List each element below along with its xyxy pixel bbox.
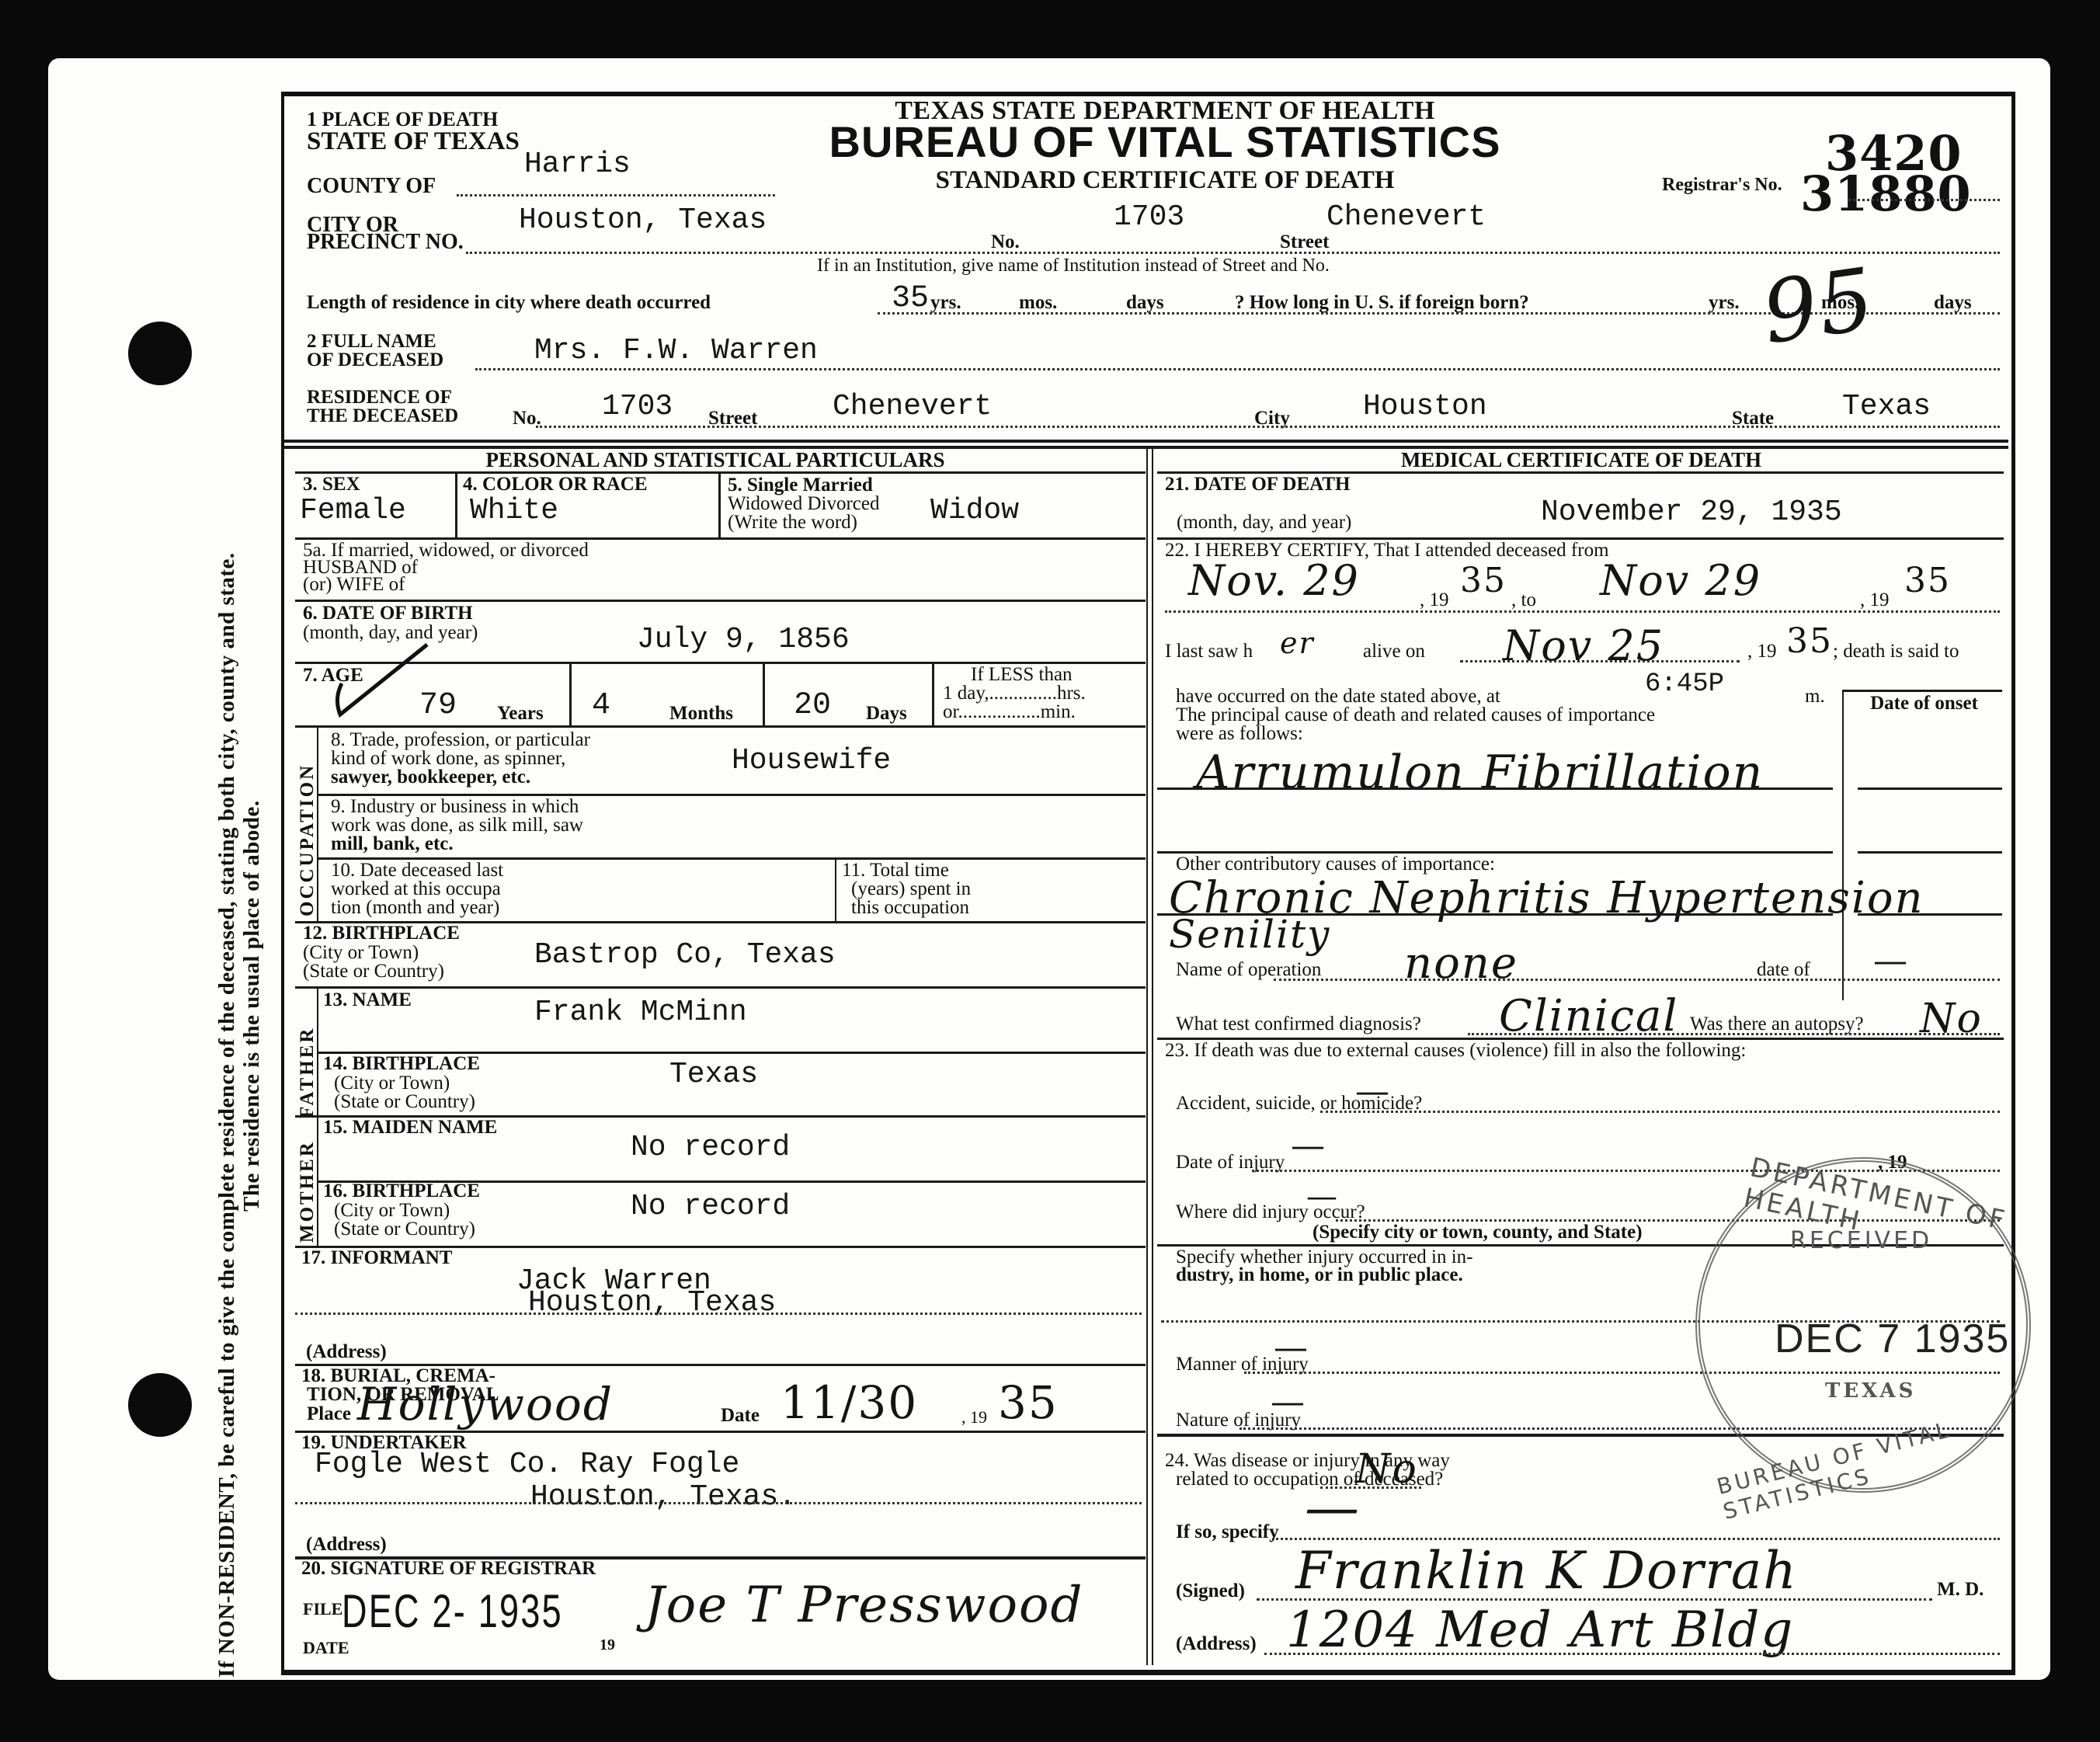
test-line (1468, 1033, 2000, 1035)
time-of-death-value: 6:45P (1645, 669, 1724, 699)
street-number-value: 1703 (1114, 200, 1184, 234)
occupation-side-label: OCCUPATION (297, 763, 318, 916)
deceased-name-value[interactable]: Mrs. F.W. Warren (534, 334, 818, 367)
attended-from-value: Nov. 29 (1188, 556, 1360, 605)
alive-year-prefix: , 19 (1747, 642, 1777, 661)
mos-label: mos. (1019, 294, 1057, 312)
last-worked-label-3: tion (month and year) (331, 898, 499, 917)
onset-rule-3 (1858, 913, 2002, 916)
days-label: Days (866, 704, 907, 723)
attended-to-value: Nov 29 (1600, 556, 1761, 605)
margin-handwriting: 95 (1757, 249, 1881, 363)
city-line (466, 252, 2000, 254)
residence-years-value: 35 (892, 281, 929, 316)
city-value: Houston, Texas (519, 203, 767, 237)
age-months-value: 4 (592, 688, 610, 723)
m-label: m. (1805, 687, 1825, 706)
burial-place-value: Hollywood (357, 1378, 614, 1431)
onset-rule-2 (1858, 851, 2002, 854)
trade-label-3: sawyer, bookkeeper, etc. (331, 767, 530, 787)
physician-signature: Franklin K Dorrah (1295, 1541, 1798, 1601)
contributory-label: Other contributory causes of importance: (1176, 854, 1495, 874)
signed-label: (Signed) (1176, 1581, 1245, 1601)
trade-value: Housewife (732, 744, 891, 777)
no-label: No. (991, 233, 1020, 252)
injury-where-value: — (1306, 1179, 1339, 1215)
street-label: Street (1280, 233, 1329, 252)
onset-rule-1 (1858, 788, 2002, 790)
onset-top-rule (1844, 690, 2002, 692)
onset-label: Date of onset (1848, 694, 2000, 713)
dod-label-1: 21. DATE OF DEATH (1165, 475, 1350, 494)
residence-label-1: RESIDENCE OF (307, 388, 452, 407)
operation-line (1274, 979, 2000, 981)
mother-name-label: 15. MAIDEN NAME (323, 1118, 497, 1137)
city-label-2: PRECINCT NO. (307, 233, 464, 252)
header-divider-1 (284, 440, 2008, 443)
marital-label-1: 5. Single Married (728, 475, 873, 495)
res-street-value: Chenevert (833, 390, 992, 423)
cause-rule-1 (1157, 788, 1833, 790)
institution-note: If in an Institution, give name of Insti… (817, 256, 1330, 276)
father-side-label: FATHER (297, 1027, 318, 1118)
age-divider-3 (932, 663, 934, 725)
injury-date-value: — (1291, 1126, 1326, 1166)
md-label: M. D. (1937, 1580, 1984, 1599)
contributory-value-2: Senility (1169, 912, 1330, 957)
date-label: DATE (303, 1639, 349, 1657)
industry-label-1: 9. Industry or business in which (331, 797, 579, 816)
last-saw-label: I last saw h (1165, 642, 1253, 661)
last-worked-label-2: worked at this occupa (331, 879, 501, 899)
alive-line (1460, 660, 1740, 662)
last-worked-label-1: 10. Date deceased last (331, 861, 503, 880)
autopsy-value: No (1920, 996, 1983, 1042)
race-label: 4. COLOR OR RACE (463, 475, 648, 494)
column-divider-b (1152, 449, 1153, 1665)
attended-line (1165, 610, 2000, 613)
onset-divider (1842, 690, 1844, 1000)
dod-value: November 29, 1935 (1541, 495, 1842, 529)
to-year-value: 35 (1904, 561, 1951, 600)
certificate-title: STANDARD CERTIFICATE OF DEATH (777, 166, 1553, 195)
state-of-texas-label: STATE OF TEXAS (307, 129, 520, 154)
from-year-prefix: , 19 (1420, 590, 1449, 610)
registrar-line (1848, 199, 2000, 201)
race-marital-divider (718, 474, 721, 537)
occupation-divider (835, 859, 836, 923)
marital-label-3: (Write the word) (728, 513, 857, 532)
father-bp-label-1: 14. BIRTHPLACE (323, 1055, 480, 1073)
burial-year-value: 35 (998, 1376, 1059, 1429)
trade-label-1: 8. Trade, profession, or particular (331, 730, 590, 749)
spouse-label-3: (or) WIFE of (303, 575, 405, 594)
residence-length-label: Length of residence in city where death … (307, 294, 711, 312)
marital-value: Widow (930, 494, 1019, 527)
sex-value: Female (300, 494, 406, 527)
registrar-number: 31880 (1800, 174, 1972, 214)
operation-date-value: — (1873, 941, 1909, 981)
nature-value: — (1271, 1382, 1306, 1422)
cause-label-2: were as follows: (1176, 724, 1303, 743)
to-year-prefix: , 19 (1860, 590, 1890, 610)
less-label-3: or.................min. (943, 702, 1076, 721)
mother-name-value: No record (631, 1131, 790, 1164)
file-date-19: 19 (600, 1636, 615, 1655)
checkmark-icon (326, 637, 435, 722)
sex-label: 3. SEX (303, 475, 360, 494)
yrs-label: yrs. (930, 294, 961, 312)
cause-label-1: The principal cause of death and related… (1176, 705, 1655, 725)
if-so-line (1272, 1538, 2000, 1540)
margin-note-line2: The residence is the usual place of abod… (239, 800, 265, 1212)
alive-year-value: 35 (1786, 621, 1833, 661)
birthplace-label-3: (State or Country) (303, 961, 444, 981)
death-said-label: ; death is said to (1833, 642, 1959, 661)
total-time-label-1: 11. Total time (842, 861, 949, 880)
personal-section-title: PERSONAL AND STATISTICAL PARTICULARS (284, 450, 1146, 469)
industry-label-3: mill, bank, etc. (331, 834, 454, 854)
autopsy-label: Was there an autopsy? (1690, 1014, 1864, 1034)
father-bp-label-2: (City or Town) (334, 1073, 450, 1093)
occurred-label: have occurred on the date stated above, … (1176, 687, 1500, 706)
rule-after-age (295, 725, 1146, 728)
accident-value: — (1355, 1072, 1391, 1111)
informant-line (295, 1313, 1142, 1315)
dod-label-2: (month, day, and year) (1177, 513, 1351, 532)
column-divider-a (1146, 449, 1148, 1665)
occupation-side-rule (317, 727, 318, 923)
operation-date-label: date of (1757, 960, 1810, 979)
operation-label: Name of operation (1176, 960, 1321, 979)
name-line (475, 368, 2000, 370)
binder-hole-top (128, 322, 192, 385)
county-line (457, 194, 775, 196)
industry-home-label-2: dustry, in home, or in public place. (1176, 1266, 1463, 1285)
stamp-state: TEXAS (1825, 1379, 1916, 1403)
burial-year-prefix: , 19 (961, 1407, 987, 1427)
file-date-stamp: DEC 2- 1935 (342, 1584, 563, 1638)
sex-race-divider (455, 474, 457, 537)
registrar-no-label: Registrar's No. (1662, 176, 1782, 194)
physician-address-label: (Address) (1176, 1634, 1257, 1653)
foreign-days-label: days (1934, 294, 1972, 312)
operation-value: none (1404, 938, 1518, 989)
age-divider-2 (763, 663, 765, 725)
mother-side-label: MOTHER (297, 1140, 318, 1243)
total-time-label-3: this occupation (851, 898, 969, 917)
father-name-value: Frank McMinn (534, 996, 747, 1029)
total-time-label-2: (years) spent in (851, 879, 971, 899)
birthplace-label-2: (City or Town) (303, 943, 419, 962)
father-bp-label-3: (State or Country) (334, 1092, 475, 1111)
less-label-1: If LESS than (971, 665, 1073, 684)
age-years-value: 79 (419, 688, 457, 723)
res-city-value: Houston (1363, 390, 1487, 423)
external-causes-label: 23. If death was due to external causes … (1165, 1041, 1746, 1060)
race-value: White (470, 494, 558, 527)
residence-line (536, 426, 2000, 428)
age-divider-1 (569, 663, 572, 725)
undertaker-city-value: Houston, Texas. (530, 1480, 796, 1514)
occupation-related-value: No (1355, 1446, 1418, 1493)
if-so-value: — (1305, 1476, 1361, 1539)
street-value: Chenevert (1326, 200, 1486, 234)
informant-address-label: (Address) (306, 1342, 387, 1361)
months-label: Months (669, 704, 733, 723)
dob-label-1: 6. DATE OF BIRTH (303, 604, 473, 623)
stamp-date: DEC 7 1935 (1775, 1316, 2010, 1362)
registrar-signature-label: 20. SIGNATURE OF REGISTRAR (301, 1559, 596, 1578)
burial-label-3: Place (307, 1404, 351, 1424)
county-value: Harris (524, 148, 631, 181)
foreign-yrs-label: yrs. (1709, 294, 1740, 312)
father-bp-value: Texas (669, 1058, 758, 1091)
specify-place-note: (Specify city or town, county, and State… (1312, 1222, 1643, 1242)
industry-label-2: work was done, as silk mill, saw (331, 815, 583, 835)
to-label: , to (1511, 590, 1536, 610)
informant-label: 17. INFORMANT (301, 1249, 452, 1267)
undertaker-address-label: (Address) (306, 1535, 387, 1554)
manner-value: — (1274, 1328, 1309, 1368)
undertaker-line (295, 1502, 1142, 1504)
res-state-value: Texas (1842, 390, 1931, 423)
years-label: Years (497, 704, 544, 723)
less-label-2: 1 day,..............hrs. (943, 683, 1086, 703)
alive-on-value: Nov 25 (1503, 621, 1664, 670)
registrar-signature: Joe T Presswood (645, 1577, 1083, 1634)
mother-bp-label-1: 16. BIRTHPLACE (323, 1182, 480, 1201)
days-label: days (1126, 294, 1164, 312)
marital-label-2: Widowed Divorced (728, 494, 879, 513)
residence-label-2: THE DECEASED (307, 407, 458, 426)
mother-bp-value: No record (631, 1190, 790, 1223)
burial-date-value: 11/30 (781, 1376, 918, 1429)
full-name-label-1: 2 FULL NAME (307, 332, 436, 351)
alive-on-label: alive on (1363, 642, 1425, 661)
physician-address-line (1264, 1653, 2000, 1655)
mother-bp-label-2: (City or Town) (334, 1201, 450, 1220)
bureau-title: BUREAU OF VITAL STATISTICS (730, 116, 1600, 167)
physician-address-value: 1204 Med Art Bldg (1286, 1601, 1794, 1659)
stamp-received: RECEIVED (1790, 1227, 1932, 1254)
if-so-label: If so, specify (1176, 1522, 1279, 1542)
undertaker-value: Fogle West Co. Ray Fogle (315, 1448, 739, 1481)
foreign-born-label: ? How long in U. S. if foreign born? (1235, 294, 1529, 312)
dob-value: July 9, 1856 (637, 623, 850, 656)
margin-note-line1: If NON-RESIDENT, be careful to give the … (214, 552, 240, 1678)
last-saw-pronoun: er (1280, 626, 1315, 660)
birthplace-value: Bastrop Co, Texas (534, 938, 836, 972)
full-name-label-2: OF DECEASED (307, 351, 443, 370)
place-of-death-heading: 1 PLACE OF DEATH (307, 110, 498, 129)
medical-section-title: MEDICAL CERTIFICATE OF DEATH (1154, 450, 2008, 469)
principal-cause-value: Arrumulon Fibrillation (1196, 746, 1764, 800)
rule-after-birthplace (295, 986, 1146, 989)
binder-hole-bottom (128, 1373, 192, 1437)
birthplace-label-1: 12. BIRTHPLACE (303, 924, 460, 943)
rule-after-spouse (295, 600, 1146, 602)
father-name-label: 13. NAME (323, 991, 412, 1010)
county-label: COUNTY OF (307, 177, 436, 196)
trade-label-2: kind of work done, as spinner, (331, 749, 565, 768)
burial-date-label: Date (721, 1406, 760, 1425)
mother-bp-label-3: (State or Country) (334, 1219, 475, 1239)
accident-line (1320, 1111, 2000, 1113)
res-no-value: 1703 (602, 390, 673, 423)
signed-line (1257, 1598, 1932, 1601)
file-label: FILE (303, 1600, 342, 1619)
age-days-value: 20 (794, 688, 831, 723)
test-label: What test confirmed diagnosis? (1176, 1014, 1421, 1034)
from-year-value: 35 (1460, 561, 1507, 600)
